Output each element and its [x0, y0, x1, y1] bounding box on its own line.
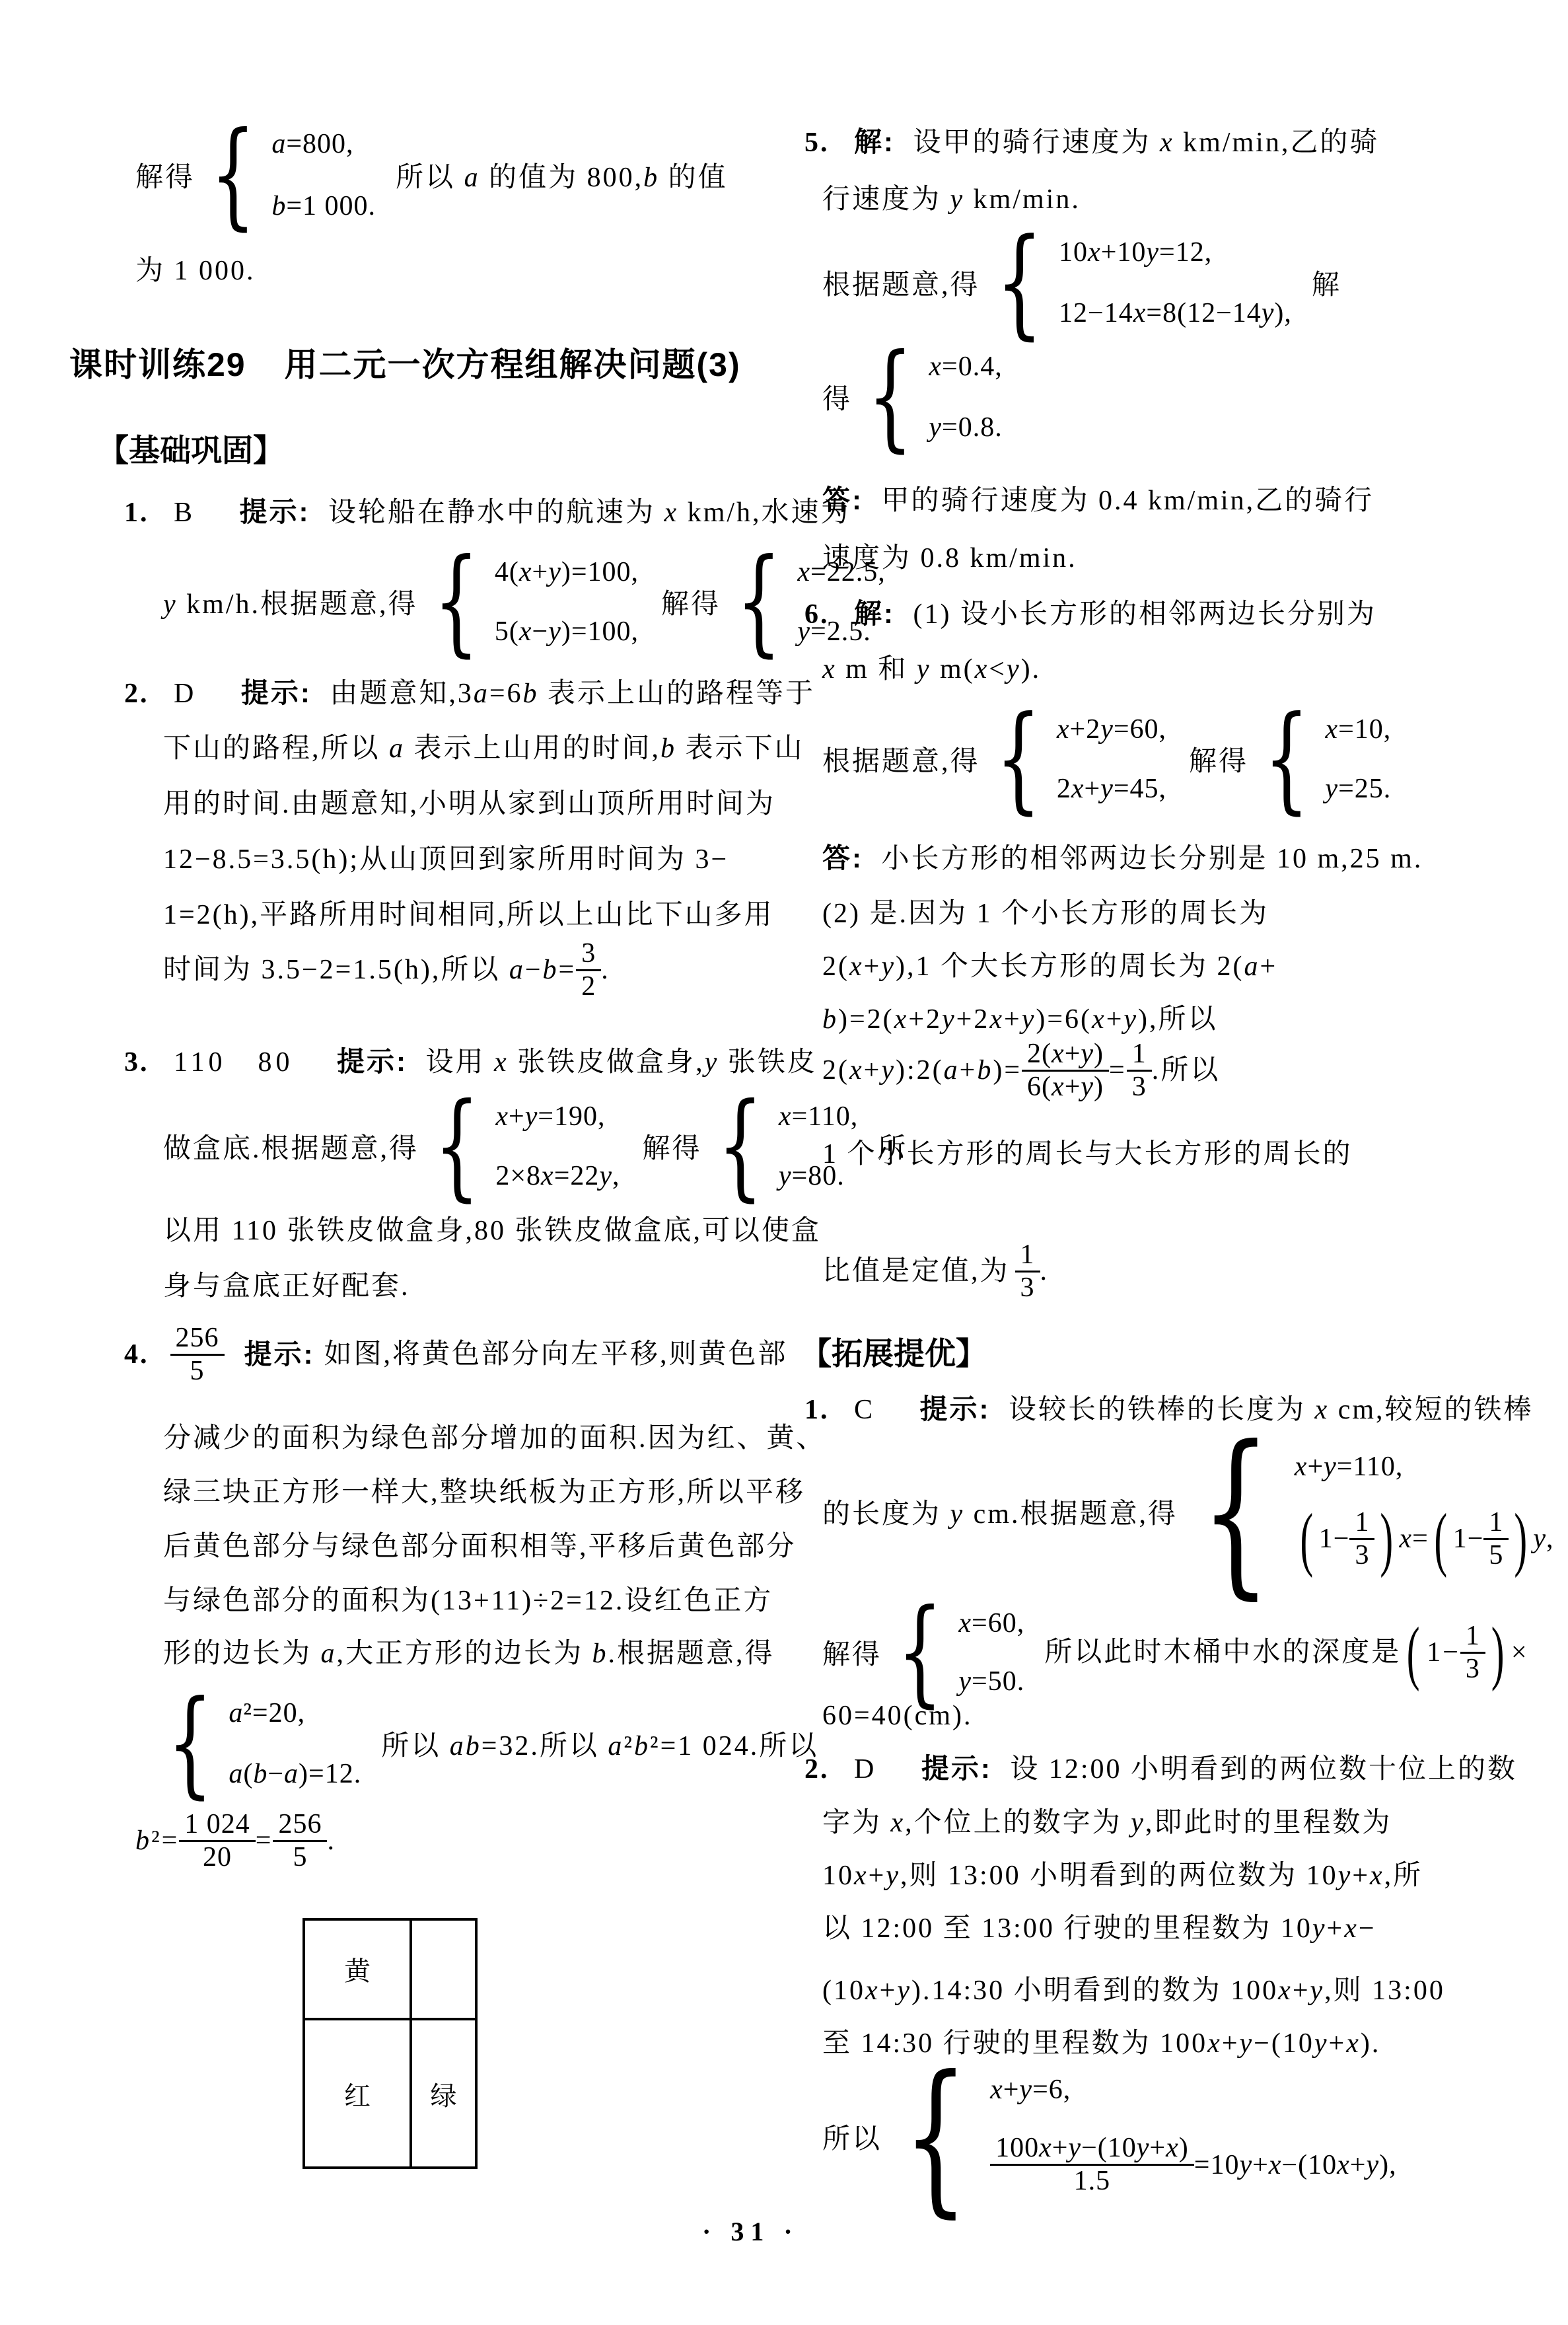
- problem-2-line: 下山的路程,所以 a 表示上山用的时间,b 表示下山: [163, 731, 804, 767]
- carry-system: 解得 { a=800, b=1 000. 所以 a 的值为 800,b 的值: [135, 120, 728, 230]
- equation: x+y=190,: [495, 1103, 620, 1130]
- problem-6-answer-line: 答: 小长方形的相邻两边长分别是 10 m,25 m.: [822, 840, 1423, 877]
- denominator: 2: [576, 971, 601, 1002]
- problem-2-answer: D: [174, 679, 197, 709]
- answer-label: 答:: [822, 484, 863, 515]
- numerator: 256: [170, 1323, 225, 1356]
- text: .: [601, 952, 610, 988]
- problem-1-system: y km/h.根据题意,得 { 4(x+y)=100, 5(x−y)=100, …: [163, 547, 886, 657]
- equation: x+y=6,: [990, 2076, 1397, 2104]
- text: b²=: [135, 1823, 179, 1859]
- equation: a²=20,: [229, 1699, 361, 1727]
- conclusion-with-fraction: 所以此时木桶中水的深度是 ( 1− 1 3 ) ×: [1044, 1621, 1528, 1685]
- solution-label: 解:: [854, 598, 895, 629]
- problem-5-answer-line: 答: 甲的骑行速度为 0.4 km/min,乙的骑行: [822, 482, 1374, 519]
- problem-2-line: 12−8.5=3.5(h);从山顶回到家所用时间为 3−: [163, 842, 729, 878]
- equation: 2×8x=22y,: [495, 1162, 620, 1190]
- left-brace: {: [1201, 1427, 1271, 1597]
- figure-label-red: 红: [305, 2020, 410, 2167]
- lesson-heading: 课时训练29 用二元一次方程组解决问题(3): [69, 338, 741, 386]
- problem-3-line: 以用 110 张铁皮做盒身,80 张铁皮做盒底,可以使盒: [163, 1213, 821, 1249]
- denominator: 5: [185, 1356, 210, 1387]
- text: 小长方形的相邻两边长分别是 10 m,25 m.: [882, 844, 1423, 874]
- page-number: · 31 ·: [702, 2215, 799, 2249]
- period: .: [327, 1823, 336, 1859]
- fraction: 1 024 20: [179, 1809, 256, 1873]
- solution-label: 解:: [854, 126, 895, 157]
- period: .: [1040, 1253, 1050, 1290]
- problem-3-text: 设用 x 张铁皮做盒身,y 张铁皮: [425, 1047, 816, 1078]
- left-brace: {: [736, 547, 782, 657]
- times-sign: ×: [1511, 1639, 1529, 1666]
- problem-3-number: 3.: [124, 1047, 149, 1078]
- hint-label: 提示:: [920, 1393, 991, 1424]
- big-paren-right: ): [1380, 1507, 1394, 1571]
- solve-label: 解得: [643, 1126, 702, 1166]
- system-lead-text: 根据题意,得: [822, 739, 980, 779]
- solution: y=50.: [958, 1668, 1024, 1695]
- system-lead-text: y km/h.根据题意,得: [163, 582, 418, 622]
- problem-4-line: 分减少的面积为绿色部分增加的面积.因为红、黄、: [163, 1421, 826, 1457]
- hint-label: 提示:: [921, 1753, 992, 1784]
- solve-label: 解得: [1189, 739, 1248, 779]
- ext-problem-1-system: 的长度为 y cm.根据题意,得 { x+y=110, ( 1− 1 3 ) x…: [822, 1427, 1554, 1597]
- numerator: 1 024: [179, 1809, 256, 1842]
- ext-problem-1-answer: C: [854, 1395, 876, 1425]
- left-brace: {: [867, 342, 913, 452]
- conclusion-text: 所以 ab=32.所以 a²b²=1 024.所以: [381, 1724, 818, 1763]
- numerator: 1: [1483, 1507, 1509, 1540]
- problem-5-system: 根据题意,得 { 10x+10y=12, 12−14x=8(12−14y), 解: [822, 226, 1341, 339]
- solve-label: 解得: [661, 582, 721, 622]
- ext-problem-2-line: 字为 x,个位上的数字为 y,即此时的里程数为: [822, 1805, 1392, 1841]
- equation: a(b−a)=12.: [229, 1760, 361, 1788]
- fraction: 1 3: [1127, 1039, 1152, 1103]
- problem-6-line: x m 和 y m(x<y).: [822, 651, 1041, 688]
- left-brace: {: [995, 704, 1042, 814]
- problem-2-text: 由题意知,3a=6b 表示上山的路程等于: [330, 679, 815, 709]
- figure-label-yellow: 黄: [305, 1921, 410, 2018]
- solve-label-part2: 得: [822, 377, 852, 417]
- problem-4-first-line: 4. 256 5 提示: 如图,将黄色部分向左平移,则黄色部: [124, 1323, 788, 1387]
- color-squares-figure: 黄 红 绿: [303, 1918, 478, 2169]
- numerator: 100x+y−(10y+x): [990, 2133, 1194, 2166]
- system-lead-text: 做盒底.根据题意,得: [163, 1126, 419, 1166]
- fraction: 3 2: [576, 938, 601, 1002]
- big-paren-right: ): [1491, 1621, 1505, 1685]
- problem-6-ratio-line: 2(x+y):2(a+b)= 2(x+y) 6(x+y) = 1 3 .所以: [822, 1039, 1220, 1103]
- problem-4-line: 后黄色部分与绿色部分面积相等,平移后黄色部分: [163, 1529, 797, 1565]
- solution: x=110,: [779, 1103, 858, 1130]
- ext-problem-1-first-line: 1. C 提示: 设较长的铁棒的长度为 x cm,较短的铁棒: [804, 1391, 1534, 1428]
- problem-6-line: b)=2(x+2y+2x+y)=6(x+y),所以: [822, 1002, 1218, 1038]
- ext-problem-2-system: 所以 { x+y=6, 100x+y−(10y+x) 1.5 =10y+x−(1…: [822, 2058, 1397, 2215]
- text: =10y+x−(10x+y),: [1194, 2151, 1397, 2179]
- problem-4-line: 与绿色部分的面积为(13+11)÷2=12.设红色正方: [163, 1583, 773, 1619]
- problem-3-answer: 110 80: [174, 1047, 293, 1078]
- problem-2-fraction-line: 时间为 3.5−2=1.5(h),所以 a−b= 3 2 .: [163, 938, 610, 1002]
- problem-6-line: (2) 是.因为 1 个小长方形的周长为: [822, 896, 1269, 932]
- numerator: 1: [1015, 1239, 1040, 1273]
- problem-4-text: 如图,将黄色部分向左平移,则黄色部: [324, 1337, 788, 1373]
- problem-1-text: 设轮船在静水中的航速为 x km/h,水速为: [328, 498, 851, 528]
- hint-label: 提示:: [241, 677, 312, 708]
- ext-problem-2-answer: D: [854, 1754, 878, 1785]
- left-brace: {: [995, 226, 1043, 339]
- solution: x=60,: [958, 1609, 1024, 1637]
- ext-problem-1-line: 60=40(cm).: [822, 1698, 972, 1734]
- text: 1−: [1319, 1525, 1350, 1553]
- problem-1-number: 1.: [124, 498, 149, 528]
- numerator: 1: [1349, 1507, 1374, 1540]
- numerator: 2(x+y): [1022, 1039, 1109, 1072]
- left-brace: {: [897, 1598, 943, 1707]
- big-paren-left: (: [1407, 1621, 1421, 1685]
- ext-problem-2-line: 10x+y,则 13:00 小明看到的两位数为 10y+x,所: [822, 1858, 1423, 1894]
- problem-2-number: 2.: [124, 679, 149, 709]
- text: 时间为 3.5−2=1.5(h),所以 a−b=: [163, 952, 576, 988]
- denominator: 20: [197, 1842, 237, 1873]
- problem-5-line: 行速度为 y km/min.: [822, 182, 1081, 218]
- numerator: 1: [1460, 1621, 1485, 1654]
- big-paren-left: (: [1434, 1507, 1447, 1571]
- solve-label: 解得: [135, 155, 195, 195]
- equation: a=800,: [271, 130, 376, 158]
- problem-1-answer: B: [174, 498, 196, 528]
- problem-3-system: 做盒底.根据题意,得 { x+y=190, 2×8x=22y, 解得 { x=1…: [163, 1091, 908, 1201]
- problem-2-first-line: 2. D 提示: 由题意知,3a=6b 表示上山的路程等于: [124, 675, 815, 712]
- equation: 2x+y=45,: [1057, 775, 1166, 803]
- problem-6-first-line: 6. 解: (1) 设小长方形的相邻两边长分别为: [804, 596, 1376, 633]
- equation: 4(x+y)=100,: [495, 558, 639, 586]
- system-lead-text: 所以: [822, 2117, 882, 2157]
- ext-problem-1-solution: 解得 { x=60, y=50. 所以此时木桶中水的深度是 ( 1− 1 3 )…: [822, 1598, 1529, 1707]
- equals: =: [1109, 1052, 1127, 1089]
- left-brace: {: [717, 1091, 764, 1201]
- solve-label: 解得: [822, 1633, 882, 1672]
- equation: x+y=110,: [1295, 1453, 1554, 1481]
- system-lead-text: 根据题意,得: [822, 263, 980, 303]
- hint-label: 提示:: [244, 1337, 315, 1373]
- problem-6-line: 1 个小长方形的周长与大长方形的周长的: [822, 1136, 1353, 1173]
- problem-6-line: 2(x+y),1 个大长方形的周长为 2(a+: [822, 949, 1277, 985]
- numerator: 3: [576, 938, 601, 971]
- denominator: 5: [1483, 1540, 1509, 1571]
- workbook-answer-page: { "sym":{"brace":"{","lp":"(","rp":")"},…: [0, 0, 1568, 2325]
- problem-5-first-line: 5. 解: 设甲的骑行速度为 x km/min,乙的骑: [804, 124, 1379, 161]
- text: 1−: [1427, 1639, 1460, 1666]
- lesson-number: 课时训练29: [69, 346, 246, 383]
- text: y,: [1533, 1525, 1553, 1553]
- equation: 12−14x=8(12−14y),: [1059, 299, 1292, 327]
- left-brace: {: [210, 120, 256, 230]
- ext-problem-1-number: 1.: [804, 1395, 830, 1425]
- lesson-title: 用二元一次方程组解决问题(3): [285, 346, 741, 383]
- denominator: 3: [1460, 1654, 1485, 1685]
- figure-label-green: 绿: [412, 2020, 475, 2167]
- solution: y=25.: [1325, 775, 1391, 803]
- fraction: 256 5: [273, 1809, 327, 1873]
- solution: y=0.8.: [929, 414, 1002, 441]
- ext-problem-2-text: 设 12:00 小明看到的两位数十位上的数: [1010, 1754, 1517, 1785]
- section-extension: 【拓展提优】: [801, 1329, 987, 1374]
- left-brace: {: [1264, 704, 1310, 814]
- fraction: 1 3: [1015, 1239, 1040, 1304]
- section-basic: 【基础巩固】: [98, 426, 284, 470]
- numerator: 256: [273, 1809, 327, 1842]
- problem-4-line: 绿三块正方形一样大,整块纸板为正方形,所以平移: [163, 1475, 805, 1511]
- fraction: 2(x+y) 6(x+y): [1022, 1039, 1109, 1103]
- problem-6-text: (1) 设小长方形的相邻两边长分别为: [913, 599, 1376, 630]
- left-brace: {: [433, 547, 480, 657]
- equation-with-fraction: 100x+y−(10y+x) 1.5 =10y+x−(10x+y),: [990, 2133, 1397, 2197]
- ext-problem-2-first-line: 2. D 提示: 设 12:00 小明看到的两位数十位上的数: [804, 1751, 1517, 1788]
- denominator: 3: [1015, 1273, 1040, 1304]
- equation: 10x+10y=12,: [1059, 239, 1292, 266]
- left-brace: {: [167, 1689, 213, 1798]
- big-paren-right: ): [1515, 1507, 1528, 1571]
- denominator: 1.5: [1069, 2166, 1116, 2197]
- hint-label: 提示:: [337, 1046, 408, 1077]
- problem-6-number: 6.: [804, 599, 830, 630]
- problem-6-final-line: 比值是定值,为 1 3 .: [822, 1239, 1049, 1304]
- problem-4-number: 4.: [124, 1337, 149, 1373]
- text: .所以: [1152, 1052, 1221, 1089]
- ext-problem-2-line: (10x+y).14:30 小明看到的数为 100x+y,则 13:00: [822, 1973, 1445, 2009]
- carry-continuation: 为 1 000.: [135, 253, 256, 289]
- answer-label: 答:: [822, 842, 863, 873]
- denominator: 5: [287, 1842, 312, 1873]
- fraction: 100x+y−(10y+x) 1.5: [990, 2133, 1194, 2197]
- ext-problem-2-number: 2.: [804, 1754, 830, 1785]
- text: 2(x+y):2(a+b)=: [822, 1052, 1022, 1089]
- equation: x+2y=60,: [1057, 716, 1166, 743]
- problem-4-system: { a²=20, a(b−a)=12. 所以 ab=32.所以 a²b²=1 0…: [152, 1689, 818, 1798]
- equation: 5(x−y)=100,: [495, 618, 639, 646]
- conclusion-text: 所以 a 的值为 800,b 的值: [396, 155, 728, 195]
- fraction: 1 3: [1349, 1507, 1374, 1571]
- problem-4-line: 形的边长为 a,大正方形的边长为 b.根据题意,得: [163, 1636, 775, 1672]
- denominator: 6(x+y): [1022, 1072, 1109, 1103]
- text: 甲的骑行速度为 0.4 km/min,乙的骑行: [882, 486, 1374, 516]
- equation: b=1 000.: [271, 192, 376, 220]
- hint-label: 提示:: [240, 496, 310, 527]
- big-paren-left: (: [1300, 1507, 1313, 1571]
- denominator: 3: [1127, 1072, 1152, 1103]
- fraction: 1 5: [1483, 1507, 1509, 1571]
- fraction: 1 3: [1460, 1621, 1485, 1685]
- problem-5-line: 速度为 0.8 km/min.: [822, 540, 1077, 577]
- text: x=: [1399, 1525, 1428, 1553]
- problem-6-system: 根据题意,得 { x+2y=60, 2x+y=45, 解得 { x=10, y=…: [822, 704, 1391, 814]
- problem-5-solution-system: 得 { x=0.4, y=0.8.: [822, 342, 1003, 452]
- text: 1−: [1453, 1525, 1484, 1553]
- solution: x=0.4,: [929, 353, 1002, 381]
- text: 比值是定值,为: [822, 1253, 1010, 1290]
- denominator: 3: [1349, 1540, 1374, 1571]
- equals: =: [256, 1823, 273, 1859]
- left-brace: {: [903, 2058, 968, 2215]
- problem-5-number: 5.: [804, 128, 830, 158]
- problem-3-line: 身与盒底正好配套.: [163, 1269, 410, 1305]
- problem-3-first-line: 3. 110 80 提示: 设用 x 张铁皮做盒身,y 张铁皮: [124, 1044, 817, 1081]
- problem-2-line: 用的时间.由题意知,小明从家到山顶所用时间为: [163, 786, 775, 823]
- equation-with-fractions: ( 1− 1 3 ) x= ( 1− 1 5 ) y,: [1295, 1507, 1554, 1571]
- problem-4-b-squared-line: b²= 1 024 20 = 256 5 .: [135, 1809, 336, 1873]
- left-brace: {: [434, 1091, 480, 1201]
- problem-5-text: 设甲的骑行速度为 x km/min,乙的骑: [913, 128, 1380, 158]
- problem-2-line: 1=2(h),平路所用时间相同,所以上山比下山多用: [163, 897, 774, 934]
- solution: x=10,: [1325, 716, 1391, 743]
- system-lead-text: 的长度为 y cm.根据题意,得: [822, 1492, 1178, 1532]
- problem-4-answer-fraction: 256 5: [170, 1323, 225, 1387]
- problem-1-first-line: 1. B 提示: 设轮船在静水中的航速为 x km/h,水速为: [124, 494, 851, 531]
- numerator: 1: [1127, 1039, 1152, 1072]
- text: 所以此时木桶中水的深度是: [1044, 1639, 1401, 1666]
- solve-label-part1: 解: [1312, 263, 1341, 303]
- ext-problem-2-line: 以 12:00 至 13:00 行驶的里程数为 10y+x−: [822, 1911, 1376, 1947]
